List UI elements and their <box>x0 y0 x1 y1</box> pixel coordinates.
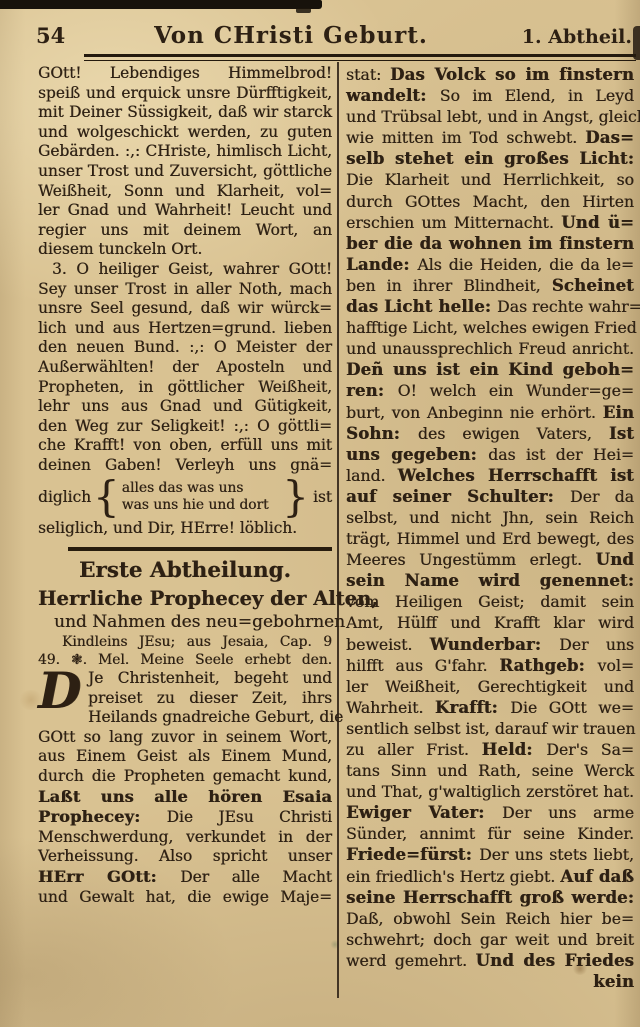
text-line: und That, g'waltiglich zerstöret hat. <box>346 781 634 802</box>
text-run: und Gewalt hat, die ewige Maje= <box>38 888 332 906</box>
text-line: das Licht helle: Das rechte wahr= <box>346 296 634 317</box>
verse-emphasis: Rathgeb: <box>499 656 597 675</box>
text-line: Ewiger Vater: Der uns arme <box>346 802 634 823</box>
page-header: 54 Von CHristi Geburt. 1. Abtheil. <box>36 22 632 49</box>
text-line: Propheten, in göttlicher Weißheit, <box>38 378 332 398</box>
page-title: Von CHristi Geburt. <box>100 22 482 49</box>
text-line: vom Heiligen Geist; damit sein <box>346 591 634 612</box>
verse-emphasis: das Licht helle: <box>346 297 497 316</box>
hymn-number-melody: 49. ❃. Mel. Meine Seele erhebt den. <box>38 651 332 669</box>
verse-emphasis: Auf daß <box>560 867 634 886</box>
verse-emphasis: kein <box>593 972 634 991</box>
text-run: selbst, und nicht Jhn, sein Reich <box>346 508 634 527</box>
text-line: Prophecey: Die JEsu Christi <box>38 807 332 828</box>
verse-emphasis: Das Volck so im finstern <box>390 65 634 84</box>
text-line: hilfft aus G'fahr. Rathgeb: vol= <box>346 655 634 676</box>
text-line: burt, von Anbeginn nie erhört. Ein <box>346 402 634 423</box>
text-run: Propheten, in göttlicher Weißheit, <box>38 378 332 396</box>
text-line: den neuen Bund. :,: O Meister der <box>38 338 332 358</box>
text-line: erschien um Mitternacht. Und ü= <box>346 212 634 233</box>
drop-cap: D <box>38 670 82 710</box>
text-line: lich und aus Hertzen=grund. lieben <box>38 319 332 339</box>
text-line: seine Herrschafft groß werde: <box>346 887 634 908</box>
text-line: auf seiner Schulter: Der da <box>346 486 634 507</box>
text-line: Lande: Als die Heiden, die da le= <box>346 254 634 275</box>
text-line: ber die da wohnen im finstern <box>346 233 634 254</box>
text-line: ben in ihrer Blindheit, Scheinet <box>346 275 634 296</box>
text-run: beweist. <box>346 635 430 654</box>
text-line: hafftige Licht, welches ewigen Fried <box>346 317 634 338</box>
text-run: hilfft aus G'fahr. <box>346 656 499 675</box>
text-run: Die GOtt we= <box>510 698 634 717</box>
text-run: und That, g'waltiglich zerstöret hat. <box>346 782 634 801</box>
verse-emphasis: Welches Herrschafft ist <box>398 466 634 485</box>
text-line: 3. O heiliger Geist, wahrer GOtt! <box>38 260 332 280</box>
text-run: Der uns stets liebt, <box>479 845 634 864</box>
text-run: ler Gnad und Wahrheit! Leucht und <box>38 201 332 219</box>
page-number: 54 <box>36 23 100 48</box>
scan-artifact-top-bar <box>0 0 322 9</box>
text-run: Wahrheit. <box>346 698 435 717</box>
text-run: Heilands gnadreiche Geburt, die <box>88 708 343 726</box>
section-label: 1. Abtheil. <box>482 26 632 48</box>
text-run: Die Klarheit und Herrlichkeit, so <box>346 170 634 189</box>
text-run: Je Christenheit, begeht und <box>88 669 332 687</box>
text-line: beweist. Wunderbar: Der uns <box>346 634 634 655</box>
verse-emphasis: Prophecey: <box>38 807 167 826</box>
verse-emphasis: Ein <box>603 403 634 422</box>
text-line: durch GOttes Macht, den Hirten <box>346 191 634 212</box>
text-line: Wahrheit. Krafft: Die GOtt we= <box>346 697 634 718</box>
text-line: sentlich selbst ist, darauf wir trauen <box>346 718 634 739</box>
verse-emphasis: Und des Friedes <box>475 951 634 970</box>
text-line: ren: O! welch ein Wunder=ge= <box>346 380 634 401</box>
text-run: ben in ihrer Blindheit, <box>346 276 552 295</box>
text-line: tans Sinn und Rath, seine Werck <box>346 760 634 781</box>
text-run: aus Einem Geist als Einem Mund, <box>38 747 332 765</box>
right-column: stat: Das Volck so im finsternwandelt: S… <box>346 64 634 992</box>
text-run: Kindleins JEsu; aus Jesaia, Cap. 9 <box>62 634 332 650</box>
verse-emphasis: Und <box>596 550 634 569</box>
verse-emphasis: wandelt: <box>346 86 440 105</box>
text-line: Daß, obwohl Sein Reich hier be= <box>346 908 634 929</box>
text-line: sein Name wird genennet: <box>346 570 634 591</box>
text-line: che Krafft! von oben, erfüll uns mit <box>38 436 332 456</box>
left-column: GOtt! Lebendiges Himmelbrod!speiß und er… <box>38 64 332 907</box>
text-line: zu aller Frist. Held: Der's Sa= <box>346 739 634 760</box>
verse-emphasis: ren: <box>346 381 398 400</box>
text-run: hafftige Licht, welches ewigen Fried <box>346 318 637 337</box>
text-run: unser Trost und Zuversicht, göttliche <box>38 162 332 180</box>
verse-emphasis: Scheinet <box>552 276 634 295</box>
verse-emphasis: seine Herrschafft groß werde: <box>346 888 634 907</box>
text-line: trägt, Himmel und Erd bewegt, des <box>346 528 634 549</box>
text-line: und wolgeschickt werden, zu guten <box>38 123 332 143</box>
verse-emphasis: ber die da wohnen im finstern <box>346 234 634 253</box>
text-line: aus Einem Geist als Einem Mund, <box>38 747 332 767</box>
text-run: den Weg zur Seligkeit! :,: O göttli= <box>38 417 332 435</box>
text-run: stat: <box>346 65 390 84</box>
text-run: und Nahmen des neu=gebohrnen <box>54 612 345 632</box>
text-run: Verheissung. Also spricht unser <box>38 847 332 865</box>
header-rule <box>84 54 636 61</box>
text-line: und Trübsal lebt, und in Angst, gleich <box>346 106 634 127</box>
text-line: speiß und erquick unsre Dürfftigkeit, <box>38 84 332 104</box>
text-run: den neuen Bund. :,: O Meister der <box>38 338 332 356</box>
text-run: ler Weißheit, Gerechtigkeit und <box>346 677 634 696</box>
text-run: preiset zu dieser Zeit, ihrs <box>88 689 332 707</box>
text-line: Die Klarheit und Herrlichkeit, so <box>346 169 634 190</box>
text-run: So im Elend, in Leyd <box>440 86 634 105</box>
text-run: Weißheit, Sonn und Klarheit, vol= <box>38 182 332 200</box>
text-line: Menschwerdung, verkundet in der <box>38 828 332 848</box>
text-run: Herrliche Prophecey der Alten, <box>38 587 378 610</box>
brace-prefix: diglich <box>38 488 91 506</box>
text-run: O! welch ein Wunder=ge= <box>398 381 634 400</box>
text-line: durch die Propheten gemacht kund, <box>38 767 332 787</box>
text-run: Der's Sa= <box>546 740 634 759</box>
section-heading: Erste Abtheilung. <box>38 556 332 586</box>
text-run: ein friedlich's Hertz giebt. <box>346 867 560 886</box>
text-run: GOtt! Lebendiges Himmelbrod! <box>38 64 332 82</box>
verse-emphasis: Wunderbar: <box>430 635 560 654</box>
text-run: Außerwählten! der Aposteln und <box>38 358 332 376</box>
verse-emphasis: uns gegeben: <box>346 445 488 464</box>
text-line: regier uns mit deinem Wort, an <box>38 221 332 241</box>
text-run: speiß und erquick unsre Dürfftigkeit, <box>38 84 332 102</box>
text-line: stat: Das Volck so im finstern <box>346 64 634 85</box>
text-run: Das rechte wahr= <box>497 297 640 316</box>
verse-emphasis: Laßt uns alle hören Esaia <box>38 787 332 806</box>
text-line: Außerwählten! der Aposteln und <box>38 358 332 378</box>
text-run: regier uns mit deinem Wort, an <box>38 221 332 239</box>
verse-emphasis: Das= <box>585 128 634 147</box>
text-line: Sey unser Trost in aller Noth, mach <box>38 280 332 300</box>
text-run: wie mitten im Tod schwebt. <box>346 128 585 147</box>
text-run: mit Deiner Süssigkeit, daß wir starck <box>38 103 332 121</box>
open-brace: { <box>93 476 120 518</box>
text-line: ein friedlich's Hertz giebt. Auf daß <box>346 866 634 887</box>
text-run: Der uns <box>559 635 634 654</box>
verse-emphasis: selb stehet ein großes Licht: <box>346 149 634 168</box>
text-run: unsre Seel gesund, daß wir würck= <box>38 299 332 317</box>
text-line: Sohn: des ewigen Vaters, Ist <box>346 423 634 444</box>
text-run: des ewigen Vaters, <box>418 424 609 443</box>
text-line: wie mitten im Tod schwebt. Das= <box>346 127 634 148</box>
text-line: Laßt uns alle hören Esaia <box>38 787 332 808</box>
text-line: wandelt: So im Elend, in Leyd <box>346 85 634 106</box>
text-run: che Krafft! von oben, erfüll uns mit <box>38 436 332 454</box>
text-run: GOtt so lang zuvor in seinem Wort, <box>38 728 332 746</box>
hymn-title: und Nahmen des neu=gebohrnen <box>38 611 332 633</box>
text-line: diesem tunckeln Ort. <box>38 240 332 260</box>
hymn-title: Herrliche Prophecey der Alten, <box>38 586 332 611</box>
verse-emphasis: Krafft: <box>435 698 510 717</box>
text-run: land. <box>346 466 398 485</box>
text-line: Gebärden. :,: CHriste, himlisch Licht, <box>38 142 332 162</box>
text-run: Als die Heiden, die da le= <box>417 255 634 274</box>
text-line: selb stehet ein großes Licht: <box>346 148 634 169</box>
verse-emphasis: Lande: <box>346 255 417 274</box>
text-line: Weißheit, Sonn und Klarheit, vol= <box>38 182 332 202</box>
text-line: unser Trost und Zuversicht, göttliche <box>38 162 332 182</box>
text-line: selbst, und nicht Jhn, sein Reich <box>346 507 634 528</box>
text-run: seliglich, und Dir, HErre! löblich. <box>38 519 297 537</box>
brace-option-bottom: was uns hie und dort <box>122 497 281 515</box>
brace-option-top: alles das was uns <box>122 480 281 498</box>
verse-emphasis: Sohn: <box>346 424 418 443</box>
text-run: das ist der Hei= <box>488 445 634 464</box>
text-run: durch die Propheten gemacht kund, <box>38 767 332 785</box>
text-run: deinen Gaben! Verleyh uns gnä= <box>38 456 332 474</box>
close-brace: } <box>282 476 309 518</box>
text-run: Der uns arme <box>502 803 634 822</box>
text-run: werd gemehrt. <box>346 951 475 970</box>
section-rule <box>68 547 332 551</box>
verse-emphasis: auf seiner Schulter: <box>346 487 570 506</box>
brace-group: diglich{alles das was unswas uns hie und… <box>38 476 332 518</box>
text-line: Je Christenheit, begeht und <box>38 669 332 689</box>
text-line: und Gewalt hat, die ewige Maje= <box>38 888 332 908</box>
text-run: zu aller Frist. <box>346 740 482 759</box>
text-run: und wolgeschickt werden, zu guten <box>38 123 332 141</box>
text-line: Sünder, annimt für seine Kinder. <box>346 823 634 844</box>
text-line: preiset zu dieser Zeit, ihrs <box>38 689 332 709</box>
text-run: und unaussprechlich Freud anricht. <box>346 339 634 358</box>
text-line: uns gegeben: das ist der Hei= <box>346 444 634 465</box>
brace-suffix: ist <box>313 488 332 506</box>
text-run: durch GOttes Macht, den Hirten <box>346 192 634 211</box>
text-run: diesem tunckeln Ort. <box>38 240 202 258</box>
text-run: 3. O heiliger Geist, wahrer GOtt! <box>52 260 332 278</box>
text-run: lich und aus Hertzen=grund. lieben <box>38 319 332 337</box>
text-line: GOtt! Lebendiges Himmelbrod! <box>38 64 332 84</box>
text-run: Daß, obwohl Sein Reich hier be= <box>346 909 634 928</box>
text-run: Der da <box>570 487 634 506</box>
text-line: und unaussprechlich Freud anricht. <box>346 338 634 359</box>
text-line: ler Weißheit, Gerechtigkeit und <box>346 676 634 697</box>
text-line: mit Deiner Süssigkeit, daß wir starck <box>38 103 332 123</box>
text-line: land. Welches Herrschafft ist <box>346 465 634 486</box>
catchword: kein <box>346 971 634 992</box>
text-line: ler Gnad und Wahrheit! Leucht und <box>38 201 332 221</box>
verse-emphasis: Friede=fürst: <box>346 845 479 864</box>
text-run: Meeres Ungestümm erlegt. <box>346 550 596 569</box>
text-line: Friede=fürst: Der uns stets liebt, <box>346 844 634 865</box>
text-run: und Trübsal lebt, und in Angst, gleich <box>346 107 640 126</box>
column-divider <box>337 62 339 998</box>
text-line: Heilands gnadreiche Geburt, die <box>38 708 332 728</box>
text-line: schwehrt; doch gar weit und breit <box>346 929 634 950</box>
text-run: lehr uns aus Gnad und Gütigkeit, <box>38 397 332 415</box>
text-line: Verheissung. Also spricht unser <box>38 847 332 867</box>
text-run: Amt, Hülff und Krafft klar wird <box>346 613 634 632</box>
text-line: HErr GOtt: Der alle Macht <box>38 867 332 888</box>
text-run: tans Sinn und Rath, seine Werck <box>346 761 634 780</box>
text-line: seliglich, und Dir, HErre! löblich. <box>38 519 332 539</box>
verse-emphasis: Ewiger Vater: <box>346 803 502 822</box>
text-run: trägt, Himmel und Erd bewegt, des <box>346 529 634 548</box>
text-line: GOtt so lang zuvor in seinem Wort, <box>38 728 332 748</box>
verse-emphasis: Held: <box>482 740 547 759</box>
text-run: Der alle Macht <box>180 868 332 886</box>
text-run: Gebärden. :,: CHriste, himlisch Licht, <box>38 142 332 160</box>
text-line: Amt, Hülff und Krafft klar wird <box>346 612 634 633</box>
verse-emphasis: HErr GOtt: <box>38 867 180 886</box>
text-run: vol= <box>598 656 634 675</box>
text-run: burt, von Anbeginn nie erhört. <box>346 403 603 422</box>
text-line: den Weg zur Seligkeit! :,: O göttli= <box>38 417 332 437</box>
text-run: erschien um Mitternacht. <box>346 213 561 232</box>
text-run: Sey unser Trost in aller Noth, mach <box>38 280 332 298</box>
brace-options: alles das was unswas uns hie und dort <box>122 480 281 515</box>
scan-artifact-speck <box>296 8 311 13</box>
text-line: unsre Seel gesund, daß wir würck= <box>38 299 332 319</box>
text-run: vom Heiligen Geist; damit sein <box>346 592 634 611</box>
text-run: schwehrt; doch gar weit und breit <box>346 930 634 949</box>
hymn-subtitle: Kindleins JEsu; aus Jesaia, Cap. 9 <box>38 633 332 651</box>
text-line: werd gemehrt. Und des Friedes <box>346 950 634 971</box>
text-run: 49. ❃. Mel. Meine Seele erhebt den. <box>38 652 332 668</box>
text-line: Meeres Ungestümm erlegt. Und <box>346 549 634 570</box>
text-line: lehr uns aus Gnad und Gütigkeit, <box>38 397 332 417</box>
text-run: Erste Abtheilung. <box>79 558 291 583</box>
text-run: Die JEsu Christi <box>167 808 332 826</box>
text-run: Sünder, annimt für seine Kinder. <box>346 824 634 843</box>
verse-emphasis: Ist <box>609 424 634 443</box>
text-run: Menschwerdung, verkundet in der <box>38 828 332 846</box>
text-run: sentlich selbst ist, darauf wir trauen <box>346 719 635 738</box>
verse-emphasis: Deñ uns ist ein Kind geboh= <box>346 360 634 379</box>
text-line: Deñ uns ist ein Kind geboh= <box>346 359 634 380</box>
verse-emphasis: sein Name wird genennet: <box>346 571 634 590</box>
verse-emphasis: Und ü= <box>561 213 634 232</box>
